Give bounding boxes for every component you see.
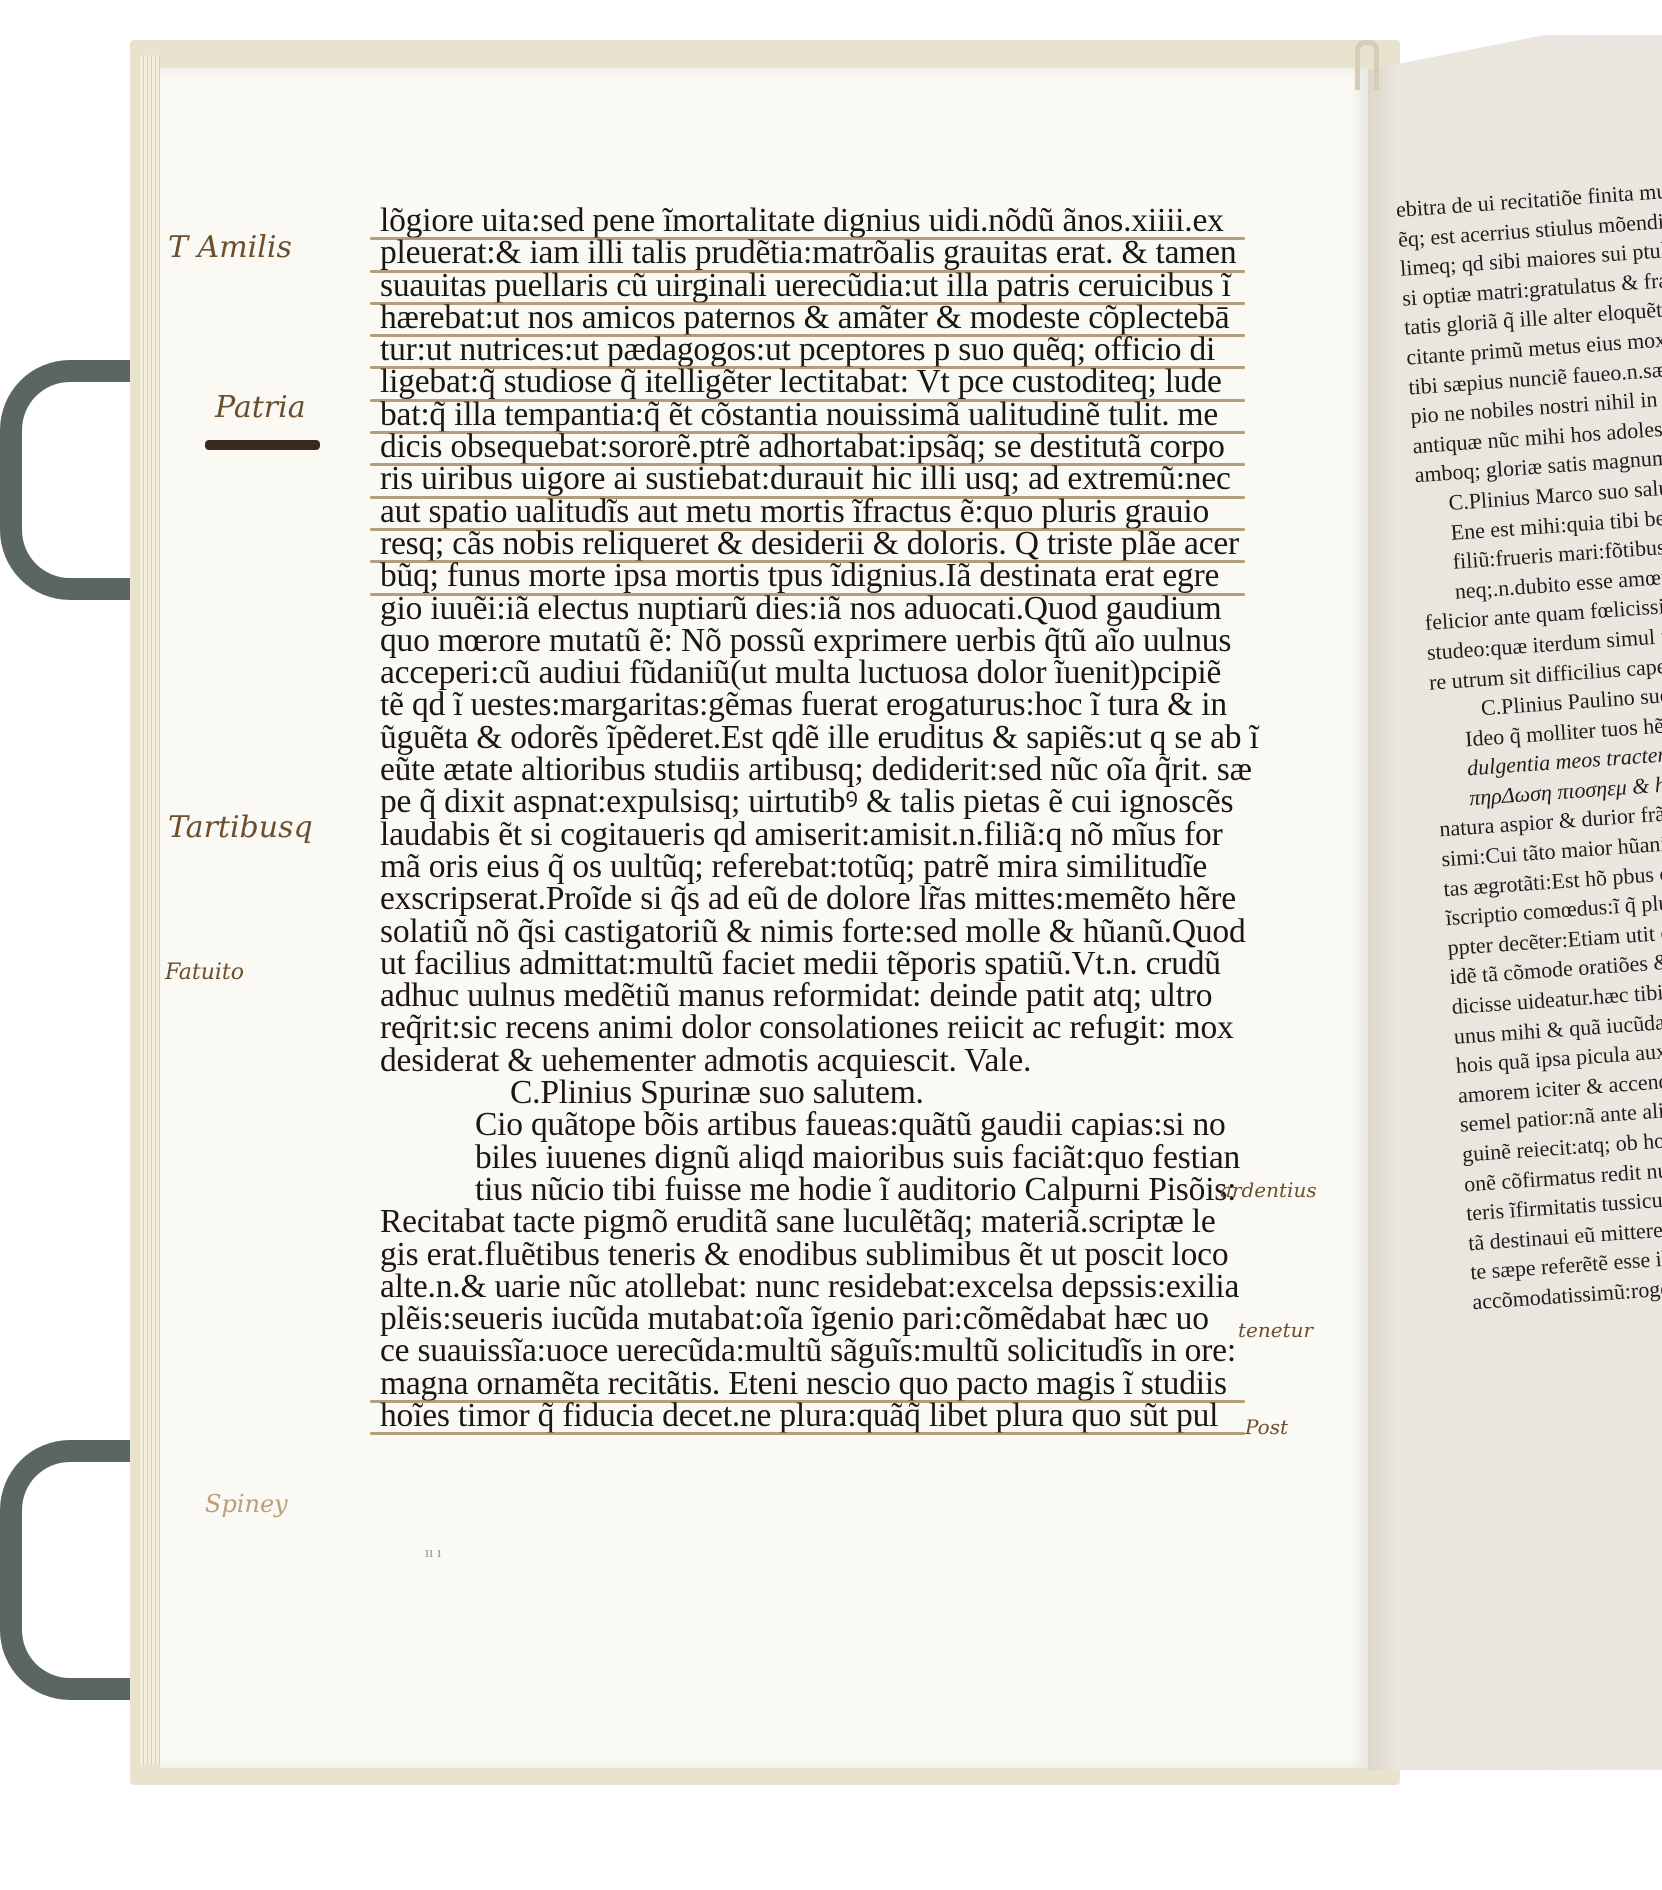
text-line: tius nũcio tibi fuisse me hodie ĩ audito… [380,1174,1225,1206]
text-line: ut facilius admittat:multũ faciet medii … [380,948,1225,980]
text-line: adhuc uulnus medẽtiũ manus reformidat: d… [380,980,1225,1012]
text-line: eũte ætate altioribus studiis artibusq; … [380,754,1225,786]
text-line: hærebat:ut nos amicos paternos & amãter … [380,302,1225,334]
text-line: hoĩes timor q̃ fiducia decet.ne plura:qu… [380,1400,1225,1432]
text-line: bat:q̃ illa tempantia:q̃ ẽt cõstantia no… [380,399,1225,431]
text-line: ligebat:q̃ studiose q̃ itelligẽter lecti… [380,366,1225,398]
text-line: pe q̃ dixit aspnat:expulsisq; uirtutibꝰ … [380,786,1225,818]
marginal-annotation: Fatuito [165,960,244,985]
text-line: desiderat & uehementer admotis acquiesci… [380,1045,1225,1077]
text-line: tur:ut nutrices:ut pædagogos:ut pceptore… [380,334,1225,366]
signature-mark: ıı ı [425,1545,441,1562]
text-line: ris uiribus uigore ai sustiebat:durauit … [380,463,1225,495]
text-line: mã oris eius q̃ os uultũq; referebat:tot… [380,851,1225,883]
text-line: req̃rit:sic recens animi dolor consolati… [380,1012,1225,1044]
marginal-annotation: Patria [215,390,306,425]
text-line: lõgiore uita:sed pene ĩmortalitate digni… [380,205,1225,237]
text-line: suauitas puellaris cũ uirginali uerecũdi… [380,270,1225,302]
text-line: bũq; funus morte ipsa mortis tpus ĩdigni… [380,560,1225,592]
text-line: solatiũ nõ q̃si castigatoriũ & nimis for… [380,916,1225,948]
marginal-annotation: Spiney [205,1490,288,1518]
marginal-annotation: tenetur [1238,1318,1313,1342]
text-line: tẽ qd ĩ uestes:margaritas:gẽmas fuerat e… [380,689,1225,721]
spine-thread [1355,40,1379,90]
text-line: aut spatio ualitudĩs aut metu mortis ĩfr… [380,496,1225,528]
text-line: alte.n.& uarie nũc atollebat: nunc resid… [380,1271,1225,1303]
ink-strike [205,440,320,450]
marginal-annotation: T Amilis [168,230,292,265]
page-edges [140,55,160,1765]
text-line: ce suauissĩa:uoce uerecũda:multũ sãguĩs:… [380,1335,1225,1367]
marginal-annotation: Tartibusq [168,810,313,845]
marginal-annotation: Post [1245,1415,1288,1439]
text-line: Recitabat tacte pigmõ eruditã sane lucul… [380,1206,1225,1238]
text-line: plẽis:seueris iucũda mutabat:oĩa ĩgenio … [380,1303,1225,1335]
text-line: laudabis ẽt si cogitaueris qd amiserit:a… [380,819,1225,851]
text-line: acceperi:cũ audiui fũdaniũ(ut multa luct… [380,657,1225,689]
text-line: resq; cãs nobis reliqueret & desiderii &… [380,528,1225,560]
left-page-text: lõgiore uita:sed pene ĩmortalitate digni… [380,205,1225,1432]
text-line: gio iuuẽi:iã electus nuptiarũ dies:iã no… [380,593,1225,625]
text-line: pleuerat:& iam illi talis prudẽtia:matrõ… [380,237,1225,269]
text-line: exscripserat.Proĩde si q̃s ad eũ de dolo… [380,883,1225,915]
letter-heading: C.Plinius Spurinæ suo salutem. [380,1077,1225,1109]
text-line: quo mœrore mutatũ ẽ: Nõ possũ exprimere … [380,625,1225,657]
text-line: Cio quãtope bõis artibus faueas:quãtũ ga… [380,1109,1225,1141]
text-line: dicis obsequebat:sororẽ.ptrẽ adhortabat:… [380,431,1225,463]
text-line: magna ornamẽta recitãtis. Eteni nescio q… [380,1368,1225,1400]
marginal-annotation: ardentius [1220,1178,1317,1202]
text-line: gis erat.fluẽtibus teneris & enodibus su… [380,1239,1225,1271]
text-line: ũguẽta & odorẽs ĩpẽderet.Est qdẽ ille er… [380,722,1225,754]
text-line: biles iuuenes dignũ aliqd maioribus suis… [380,1142,1225,1174]
